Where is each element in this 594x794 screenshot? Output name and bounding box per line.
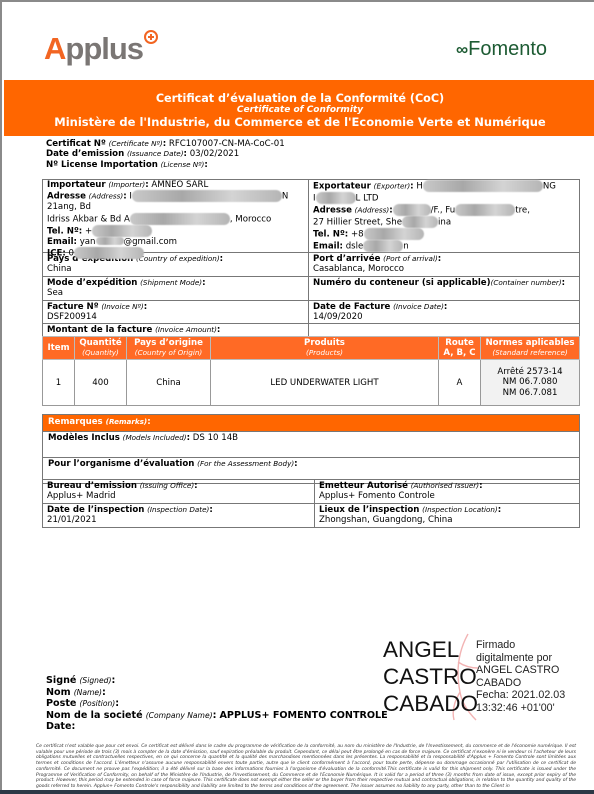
document-title: Certificat d’évaluation de la Conformité… (4, 92, 594, 105)
invoice-number: Facture Nº (Invoice Nº): DSF200914 (43, 301, 308, 324)
position-field: Poste (Position): (46, 698, 388, 710)
redacted-block (316, 192, 356, 204)
signed-field: Signé (Signed): (46, 675, 388, 687)
applus-logo-text: pplus (65, 31, 143, 66)
digital-signature-info: Firmado digitalmente por ANGEL CASTRO CA… (476, 639, 565, 715)
fomento-logo: ∞ Fomento (456, 38, 547, 61)
col-route: RouteA, B, C (439, 337, 481, 360)
col-quantity: Quantité(Quantity) (75, 337, 127, 360)
signature-block: Signé (Signed): Nom (Name): Poste (Posit… (46, 675, 388, 733)
mode-container-row: Mode d’expédition (Shipment Mode): Sea N… (43, 276, 579, 300)
fomento-logo-text: Fomento (468, 38, 547, 61)
products-header-row: Item Quantité(Quantity) Pays d’origine(C… (43, 337, 580, 360)
invoice-row: Facture Nº (Invoice Nº): DSF200914 Date … (43, 300, 579, 324)
importer-cell: Importateur (Importer): AMNEO SARL Adres… (43, 180, 308, 248)
col-item: Item (43, 337, 75, 360)
title-banner: Certificat d’évaluation de la Conformité… (4, 80, 594, 136)
parties-row: Importateur (Importer): AMNEO SARL Adres… (43, 180, 579, 252)
invoice-date: Date de Facture (Invoice Date): 14/09/20… (308, 301, 579, 324)
shipment-mode: Mode d’expédition (Shipment Mode): Sea (43, 277, 308, 300)
signer-name-stamp: ANGEL CASTRO CABADO (383, 636, 478, 717)
license-number: Nº License Importation (License Nº): (46, 160, 285, 170)
window-bottom-edge (0, 790, 594, 794)
authorised-issuer: Emetteur Autorisé (Authorised Issuer): A… (314, 480, 579, 503)
certificate-page: Applus ∞ Fomento Certificat d’évaluation… (0, 0, 594, 794)
remarks-section: Remarques (Remarks): Modèles Inclus (Mod… (42, 414, 580, 484)
plus-circle-icon (144, 30, 158, 44)
certificate-number: Certificat Nº (Certificate Nº): RFC10700… (46, 139, 285, 149)
redacted-block (402, 216, 438, 228)
redacted-block (92, 225, 152, 237)
applus-logo: Applus (44, 31, 143, 67)
exporter-cell: Exportateur (Exporter): HNG IL LTD Adres… (308, 180, 579, 252)
redacted-block (132, 190, 282, 202)
company-field: Nom de la societé (Company Name): APPLUS… (46, 710, 388, 722)
issuance-date: Date d’emission (Issuance Date): 03/02/2… (46, 149, 285, 159)
document-subtitle: Certificate of Conformity (4, 105, 594, 115)
legal-disclaimer: Ce certificat n'est valable que pour cet… (36, 744, 576, 790)
redacted-block (393, 204, 431, 216)
remarks-header: Remarques (Remarks): (43, 415, 579, 431)
redacted-block (364, 228, 424, 240)
products-table: Item Quantité(Quantity) Pays d’origine(C… (42, 336, 580, 406)
ministry-name: Ministère de l'Industrie, du Commerce et… (4, 115, 594, 129)
redacted-block (96, 237, 124, 245)
col-products: Produits(Products) (211, 337, 439, 360)
inspection-date: Date de l’inspection (Inspection Date): … (43, 504, 314, 527)
table-row: 1 400 China LED UNDERWATER LIGHT A Arrêt… (43, 360, 580, 406)
col-origin: Pays d’origine(Country of Origin) (127, 337, 211, 360)
importer-name: AMNEO SARL (151, 180, 208, 190)
container-number: Numéro du conteneur (si applicable)(Cont… (308, 277, 579, 300)
inspection-location: Lieux de l’inspection (Inspection Locati… (314, 504, 579, 527)
redacted-block (363, 240, 403, 252)
fomento-knot-icon: ∞ (456, 40, 465, 60)
applus-logo-a: A (44, 31, 65, 66)
port-of-arrival: Port d’arrivée (Port of arrival): Casabl… (308, 253, 579, 276)
redacted-block (455, 204, 515, 216)
redacted-block (130, 213, 230, 225)
models-included: Modèles Inclus (Models Included): DS 10 … (43, 431, 579, 457)
shipment-details-table: Importateur (Importer): AMNEO SARL Adres… (42, 179, 580, 348)
norms-cell: Arrêté 2573-14 NM 06.7.080 NM 06.7.081 (481, 360, 580, 406)
col-norms: Normes aplicables(Standard reference) (481, 337, 580, 360)
redacted-block (423, 180, 543, 192)
issuing-office: Bureau d’emission (Issuing Office): Appl… (43, 480, 314, 503)
certificate-meta: Certificat Nº (Certificate Nº): RFC10700… (46, 139, 285, 170)
issuance-table: Bureau d’emission (Issuing Office): Appl… (42, 479, 580, 528)
date-field: Date: (46, 721, 388, 733)
name-field: Nom (Name): (46, 687, 388, 699)
redacted-block (74, 247, 144, 259)
